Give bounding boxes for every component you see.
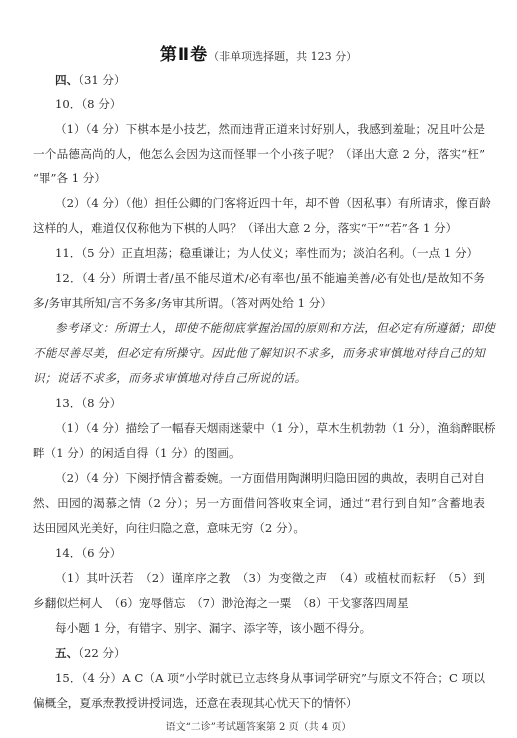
q13-part1-line1: （1）（4 分）描绘了一幅春天烟雨迷蒙中（1 分），草木生机勃勃（1 分），渔翁… [55,421,485,435]
section-5-label: 五、 [55,646,78,660]
section-5-points: （22 分） [78,646,125,660]
q10-part1-line1: （1）（4 分）下棋本是小技艺，然而违背正道来讨好别人，我感到羞耻；况且叶公是 [55,122,485,136]
q10-part2-line1: （2）（4 分）（他）担任公卿的门客将近四十年，却不曾（因私事）有所请求，像百龄 [55,196,485,210]
q12-line1: 12．（4 分）所谓士者/虽不能尽道术/必有率也/虽不能遍美善/必有处也/是故知… [55,271,485,285]
q12-line2: 多/务审其所知/言不务多/务审其所谓。（答对两处给 1 分） [33,296,485,310]
q12-translation-line2: 不能尽善尽美，但必定有所操守。因此他了解知识不求多，而务求审慎地对待自己的知 [33,346,485,360]
section-4-heading: 四、（31 分） [55,73,485,87]
q10-part2-line2: 这样的人，难道仅仅称他为下棋的人吗？（译出大意 2 分，落实“干”“若”各 1 … [33,221,485,235]
q13-label: 13．（8 分） [55,396,485,410]
q11-answer: 11．（5 分）正直坦荡；稳重谦让；为人仗义；率性而为；淡泊名利。（一点 1 分… [55,246,485,260]
q14-scoring-note: 每小题 1 分，有错字、别字、漏字、添字等，该小题不得分。 [55,621,485,635]
q14-label: 14．（6 分） [55,546,485,560]
q13-part1-line2: 畔（1 分）的闲适自得（1 分）的图画。 [33,446,485,460]
q10-part1-line3: “罪”各 1 分） [33,171,485,185]
title-subtitle: （非单项选择题，共 123 分） [208,50,357,63]
q14-line2: 乡翻似烂柯人 （6）宠辱偕忘 （7）渺沧海之一粟 （8）干戈寥落四周星 [33,596,485,610]
q13-part2-line2: 然、田园的渴慕之情（2 分）；另一方面借问答收束全词，通过“君行到自知”含蓄地表 [33,496,485,510]
q10-label: 10．（8 分） [55,97,485,111]
q12-translation-line3: 识；说话不求多，而务求审慎地对待自己所说的话。 [33,371,485,385]
q14-line1: （1）其叶沃若 （2）谨庠序之教 （3）为变徵之声 （4）或植杖而耘耔 （5）到 [55,571,485,585]
q15-line2: 偏概全，夏承焘教授讲授词选，还意在表现其心忧天下的情怀） [33,696,485,710]
q13-part2-line3: 达田园风光美好，向往归隐之意，意味无穷（2 分）。 [33,521,485,535]
page-footer: 语文“二诊”考试题答案第 2 页（共 4 页） [0,718,517,733]
q12-translation-line1: 参考译文：所谓士人，即使不能彻底掌握治国的原则和方法，但必定有所遵循；即使 [55,321,485,335]
answer-key-page: 第Ⅱ卷（非单项选择题，共 123 分） 四、（31 分） 10．（8 分） （1… [0,0,517,738]
section-4-points: （31 分） [78,73,125,87]
q15-line1: 15．（4 分）A C（A 项“小学时就已立志终身从事词学研究”与原文不符合；C… [55,671,485,685]
q10-part1-line2: 一个品德高尚的人，他怎么会因为这而怪罪一个小孩子呢？（译出大意 2 分，落实“枉… [33,147,485,161]
page-title: 第Ⅱ卷（非单项选择题，共 123 分） [0,40,517,65]
q13-part2-line1: （2）（4 分）下阕抒情含蓄委婉。一方面借用陶渊明归隐田园的典故，表明自己对自 [55,471,485,485]
section-4-label: 四、 [55,73,78,87]
section-5-heading: 五、（22 分） [55,646,485,660]
title-main: 第Ⅱ卷 [160,45,208,65]
